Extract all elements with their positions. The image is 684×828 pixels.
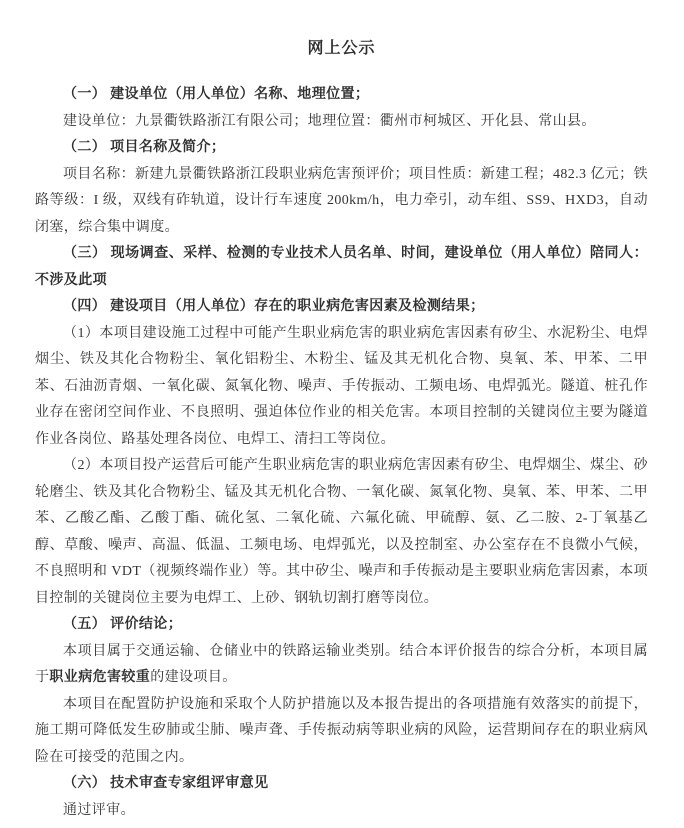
paragraph: （1）本项目建设施工过程中可能产生职业病危害的职业病危害因素有矽尘、水泥粉尘、电… [35, 321, 648, 454]
text-run: （二） 项目名称及简介； [63, 140, 225, 155]
text-run: （2）本项目投产运营后可能产生职业病危害的职业病危害因素有矽尘、电焊烟尘、煤尘、… [35, 458, 648, 606]
paragraph: 本项目属于交通运输、仓储业中的铁路运输业类别。结合本评价报告的综合分析，本项目属… [35, 639, 648, 692]
section-heading: （三） 现场调查、采样、检测的专业技术人员名单、时间，建设单位（用人单位）陪同人… [35, 241, 648, 294]
section-heading: （四） 建设项目（用人单位）存在的职业病危害因素及检测结果； [35, 294, 648, 321]
text-run: 建设单位：九景衢铁路浙江有限公司；地理位置：衢州市柯城区、开化县、常山县。 [63, 114, 596, 129]
paragraph: 通过评审。 [35, 798, 648, 825]
section-heading: （六） 技术审查专家组评审意见 [35, 771, 648, 798]
text-run: （六） 技术审查专家组评审意见 [63, 776, 269, 791]
text-run: （三） 现场调查、采样、检测的专业技术人员名单、时间，建设单位（用人单位）陪同人… [35, 246, 648, 288]
paragraph: 本项目在配置防护设施和采取个人防护措施以及本报告提出的各项措施有效落实的前提下，… [35, 692, 648, 772]
bold-emphasis: 职业病危害较重 [49, 670, 150, 685]
text-run: 通过评审。 [63, 803, 135, 818]
section-heading: （二） 项目名称及简介； [35, 135, 648, 162]
section-heading: （一） 建设单位（用人单位）名称、地理位置； [35, 82, 648, 109]
document-body: （一） 建设单位（用人单位）名称、地理位置；建设单位：九景衢铁路浙江有限公司；地… [35, 82, 648, 824]
text-run: 项目名称：新建九景衢铁路浙江段职业病危害预评价；项目性质：新建工程；482.3 … [35, 167, 648, 235]
text-run: （四） 建设项目（用人单位）存在的职业病危害因素及检测结果； [63, 299, 485, 314]
paragraph: （2）本项目投产运营后可能产生职业病危害的职业病危害因素有矽尘、电焊烟尘、煤尘、… [35, 453, 648, 612]
text-run: 的建设项目。 [150, 670, 236, 685]
document-title: 网上公示 [35, 36, 648, 62]
paragraph: 项目名称：新建九景衢铁路浙江段职业病危害预评价；项目性质：新建工程；482.3 … [35, 162, 648, 242]
text-run: 本项目在配置防护设施和采取个人防护措施以及本报告提出的各项措施有效落实的前提下，… [35, 697, 648, 765]
document-page: 网上公示 （一） 建设单位（用人单位）名称、地理位置；建设单位：九景衢铁路浙江有… [0, 0, 684, 828]
text-run: （1）本项目建设施工过程中可能产生职业病危害的职业病危害因素有矽尘、水泥粉尘、电… [35, 326, 648, 447]
text-run: （一） 建设单位（用人单位）名称、地理位置； [63, 87, 369, 102]
text-run: （五） 评价结论； [63, 617, 182, 632]
paragraph: 建设单位：九景衢铁路浙江有限公司；地理位置：衢州市柯城区、开化县、常山县。 [35, 109, 648, 136]
section-heading: （五） 评价结论； [35, 612, 648, 639]
